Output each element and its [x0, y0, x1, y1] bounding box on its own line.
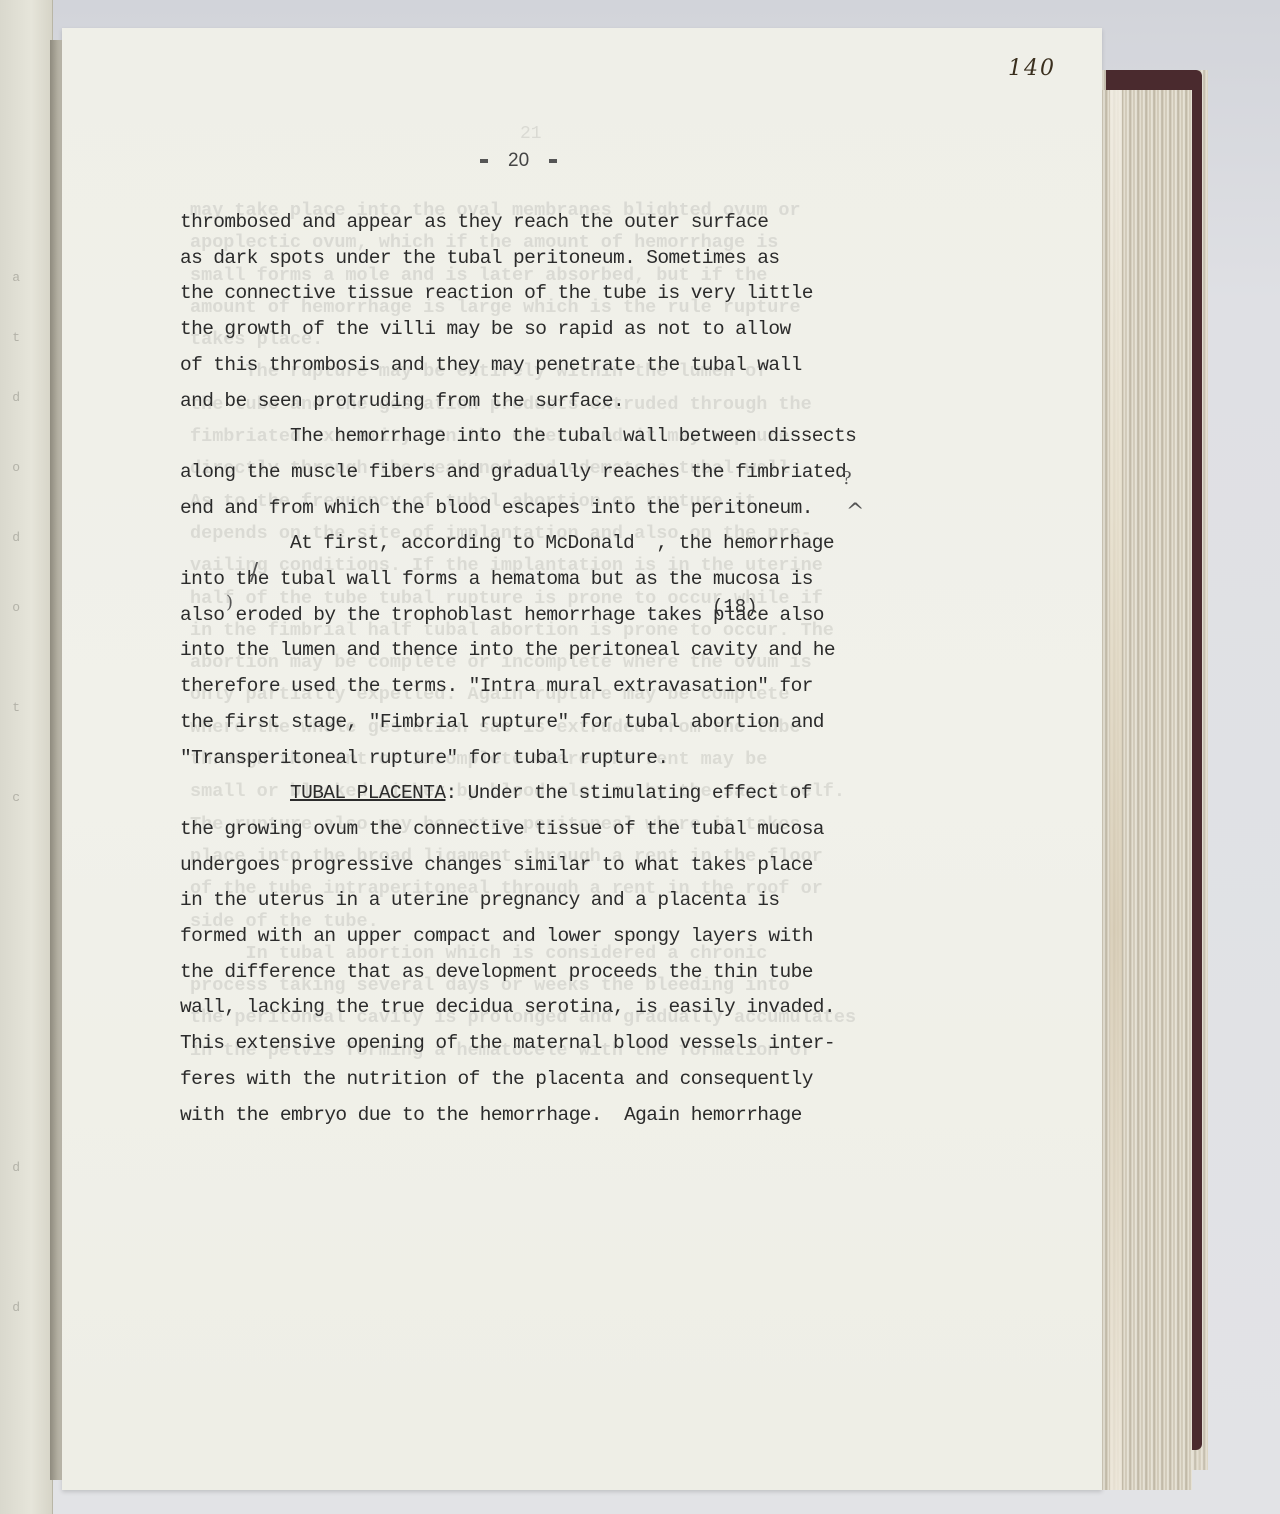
facing-page-ghost-text: d	[0, 1300, 20, 1315]
text-line: wall, lacking the true decidua serotina,…	[180, 990, 1000, 1026]
text-line: undergoes progressive changes similar to…	[180, 848, 1000, 884]
text-line: the difference that as development proce…	[180, 955, 1000, 991]
section-heading-tubal-placenta: TUBAL PLACENTA	[290, 782, 445, 804]
handwritten-margin-bracket: )	[226, 592, 233, 613]
text-line: in the uterus in a uterine pregnancy and…	[180, 883, 1000, 919]
text-line: feres with the nutrition of the placenta…	[180, 1062, 1000, 1098]
text-line: thrombosed and appear as they reach the …	[180, 205, 1000, 241]
text-line: and be seen protruding from the surface.	[180, 384, 1000, 420]
text-line: the connective tissue reaction of the tu…	[180, 276, 1000, 312]
text-line: the growing ovum the connective tissue o…	[180, 812, 1000, 848]
text-line: end and from which the blood escapes int…	[180, 491, 1000, 527]
citation-reference: (18)	[712, 596, 758, 618]
text-line: This extensive opening of the maternal b…	[180, 1026, 1000, 1062]
text-line-paragraph-start: At first, according to McDonald , the he…	[180, 526, 1000, 562]
handwritten-strike-mark: /	[250, 558, 258, 586]
text-line: into the lumen and thence into the perit…	[180, 633, 1000, 669]
text-line: also eroded by the trophoblast hemorrhag…	[180, 598, 1000, 634]
text-line: therefore used the terms. "Intra mural e…	[180, 669, 1000, 705]
handwritten-folio-number: 140	[1008, 56, 1056, 81]
page-number-value: 20	[508, 150, 529, 171]
facing-page-edge: a t d o d o t c d d	[0, 0, 53, 1514]
text-line: formed with an upper compact and lower s…	[180, 919, 1000, 955]
typewritten-body: thrombosed and appear as they reach the …	[180, 205, 1000, 1133]
text-line: the first stage, "Fimbrial rupture" for …	[180, 705, 1000, 741]
dash-right	[549, 159, 557, 163]
text-line: of this thrombosis and they may penetrat…	[180, 348, 1000, 384]
facing-page-ghost-text: t	[0, 700, 20, 715]
facing-page-ghost-text: d	[0, 530, 20, 545]
book-text-block	[1100, 90, 1192, 1490]
handwritten-question-mark: ?	[842, 468, 852, 489]
facing-page-ghost-text: c	[0, 790, 20, 805]
facing-page-ghost-text: o	[0, 600, 20, 615]
text-line: the growth of the villi may be so rapid …	[180, 312, 1000, 348]
handwritten-caret: ^	[846, 500, 864, 525]
facing-page-ghost-text: d	[0, 1160, 20, 1175]
page-number: 20	[460, 150, 577, 172]
text-line: into the tubal wall forms a hematoma but…	[180, 562, 1000, 598]
text-line: along the muscle fibers and gradually re…	[180, 455, 1000, 491]
section-heading-continuation: : Under the stimulating effect of	[445, 782, 811, 804]
text-line: with the embryo due to the hemorrhage. A…	[180, 1098, 1000, 1134]
show-through-page-number: 21	[520, 124, 542, 144]
facing-page-ghost-text: a	[0, 270, 20, 285]
text-line: as dark spots under the tubal peritoneum…	[180, 241, 1000, 277]
text-line: "Transperitoneal rupture" for tubal rupt…	[180, 741, 1000, 777]
facing-page-ghost-text: d	[0, 390, 20, 405]
facing-page-ghost-text: t	[0, 330, 20, 345]
dash-left	[480, 159, 488, 163]
section-heading-line: TUBAL PLACENTA: Under the stimulating ef…	[180, 776, 1000, 812]
facing-page-ghost-text: o	[0, 460, 20, 475]
text-line-paragraph-start: The hemorrhage into the tubal wall betwe…	[180, 419, 1000, 455]
